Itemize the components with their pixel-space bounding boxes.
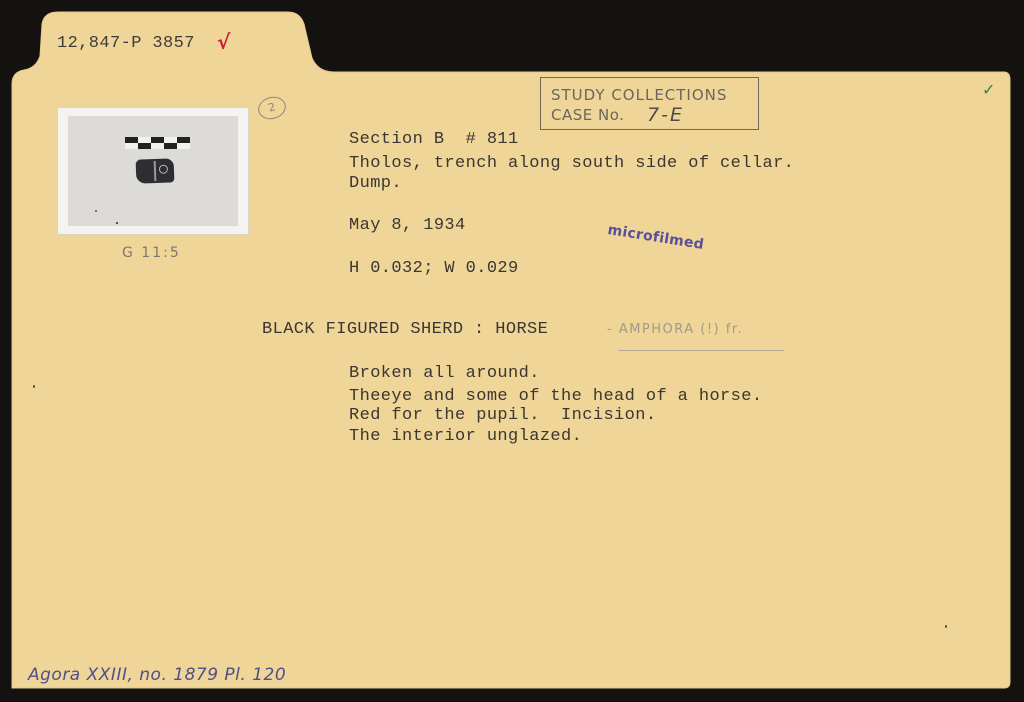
stamp-title: STUDY COLLECTIONS <box>551 86 727 104</box>
description-line: Theeye and some of the head of a horse. <box>349 387 762 407</box>
green-check-mark-icon: ✓ <box>982 80 995 99</box>
photo-image-area <box>68 116 238 226</box>
red-check-mark-icon: √ <box>217 30 230 54</box>
publication-reference: Agora XXIII, no. 1879 Pl. 120 <box>28 665 286 685</box>
description-line: The interior unglazed. <box>349 427 582 447</box>
paper-speck <box>33 385 35 388</box>
horse-eye-icon <box>159 165 168 174</box>
stamp-case-value: 7-E <box>647 104 684 126</box>
stamp-case-label: CASE No. <box>551 106 624 124</box>
study-collections-stamp: STUDY COLLECTIONS CASE No. 7-E <box>540 77 759 130</box>
find-location: Tholos, trench along south side of cella… <box>349 154 794 174</box>
sherd-photograph <box>58 108 248 234</box>
paper-speck <box>945 625 947 628</box>
object-title: BLACK FIGURED SHERD : HORSE <box>262 320 548 340</box>
catalog-number: 12,847-P 3857 <box>57 34 195 54</box>
scale-bar-icon <box>125 137 190 149</box>
amphora-note: - AMPHORA (!) fr. <box>607 322 743 337</box>
section-number: Section B # 811 <box>349 130 519 150</box>
paper-speck <box>95 210 97 212</box>
amphora-note-underline <box>618 350 784 351</box>
dimensions: H 0.032; W 0.029 <box>349 259 519 279</box>
index-card-shape <box>0 0 1024 702</box>
sherd-image-icon <box>136 158 175 183</box>
find-date: May 8, 1934 <box>349 216 466 236</box>
description-line: Broken all around. <box>349 364 540 384</box>
catalog-card-scan: 12,847-P 3857 √ ✓ STUDY COLLECTIONS CASE… <box>0 0 1024 702</box>
description-line: Red for the pupil. Incision. <box>349 406 656 426</box>
grid-reference-note: G 11:5 <box>122 245 181 261</box>
deposit-type: Dump. <box>349 174 402 194</box>
